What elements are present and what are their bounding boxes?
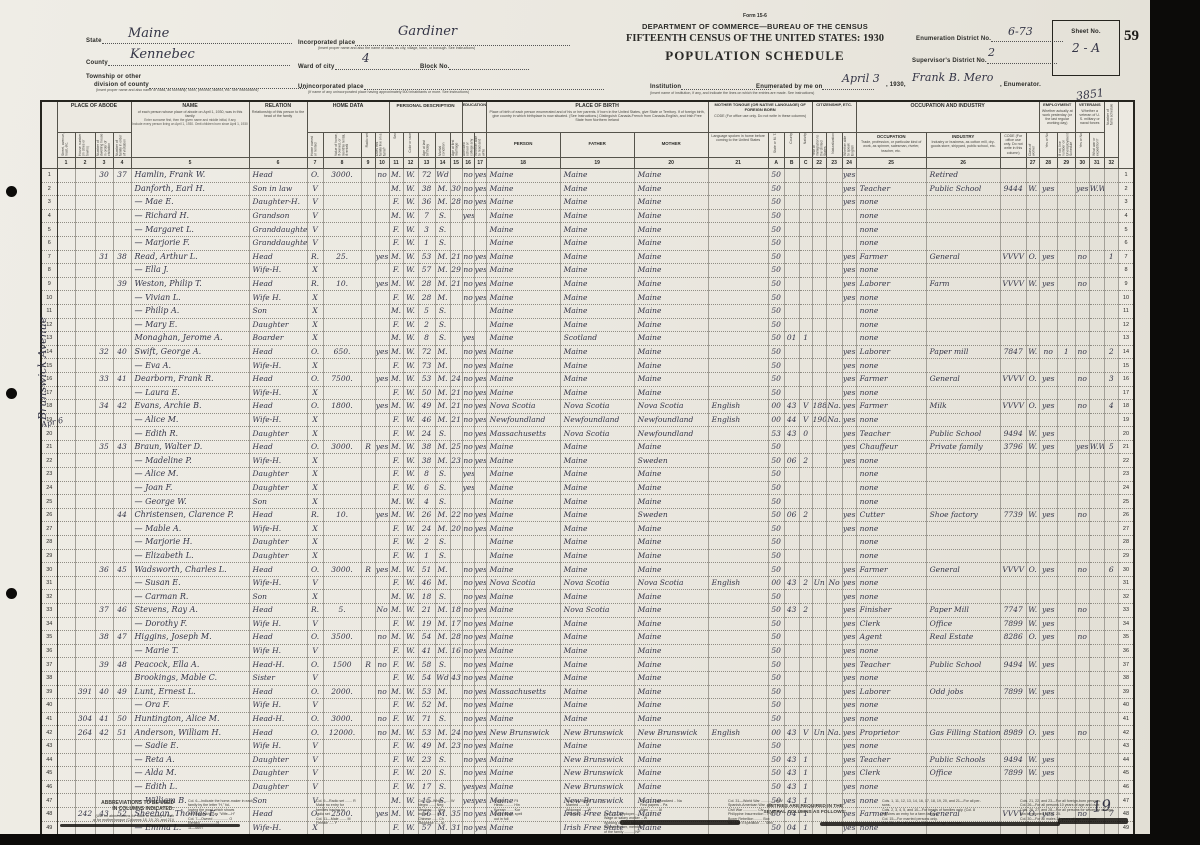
cell-bp: Maine bbox=[486, 617, 560, 631]
cell-age: 8 bbox=[418, 332, 435, 346]
cell-sex: M. bbox=[389, 209, 403, 223]
cell-bf: Maine bbox=[560, 182, 634, 196]
cell-ey: yes bbox=[1039, 400, 1057, 414]
cell-vy bbox=[1075, 386, 1089, 400]
cell-own: V bbox=[307, 671, 323, 685]
cell-vw bbox=[1089, 590, 1104, 604]
cell-name: Monaghan, Jerome A. bbox=[131, 332, 249, 346]
cell-rel: Son bbox=[249, 304, 307, 318]
cell-val bbox=[323, 536, 361, 550]
cell-rel: Head bbox=[249, 372, 307, 386]
cell-eng bbox=[842, 481, 856, 495]
cell-vy bbox=[1075, 318, 1089, 332]
cell-rw bbox=[474, 481, 486, 495]
cell-bm: Maine bbox=[634, 223, 708, 237]
cell-cB bbox=[784, 644, 799, 658]
cell-race: W. bbox=[403, 400, 418, 414]
cell-fm: no bbox=[375, 169, 389, 183]
cell-cA: 50 bbox=[768, 291, 784, 305]
colnum-own: 7 bbox=[307, 158, 323, 169]
cell-ln2: 31 bbox=[1118, 576, 1134, 590]
cell-cls bbox=[1026, 386, 1039, 400]
cell-mar: S. bbox=[435, 427, 450, 441]
cell-code bbox=[1000, 332, 1026, 346]
cell-fm: no bbox=[375, 685, 389, 699]
cell-rad bbox=[361, 468, 375, 482]
cell-fm: yes bbox=[375, 440, 389, 454]
cell-val: 3000. bbox=[323, 712, 361, 726]
cell-hn bbox=[75, 277, 95, 291]
cell-val bbox=[323, 780, 361, 794]
cell-cls bbox=[1026, 590, 1039, 604]
cell-bf: Maine bbox=[560, 685, 634, 699]
cell-rw: yes bbox=[474, 631, 486, 645]
cell-rad bbox=[361, 196, 375, 210]
cell-val bbox=[323, 495, 361, 509]
cell-eng: yes bbox=[842, 454, 856, 468]
cell-sex: F. bbox=[389, 454, 403, 468]
cell-am: 23 bbox=[450, 739, 462, 753]
cell-cls: W. bbox=[1026, 685, 1039, 699]
cell-el bbox=[1057, 169, 1075, 183]
cell-st bbox=[57, 454, 75, 468]
cell-race: W. bbox=[403, 332, 418, 346]
cell-own: O. bbox=[307, 400, 323, 414]
cell-dw bbox=[95, 427, 113, 441]
cell-ind bbox=[926, 291, 1000, 305]
cell-code: VVVV bbox=[1000, 400, 1026, 414]
cell-ey bbox=[1039, 291, 1057, 305]
cell-bp: New Brunswick bbox=[486, 726, 560, 740]
cell-st bbox=[57, 277, 75, 291]
cell-fs bbox=[1104, 264, 1118, 278]
cell-st bbox=[57, 440, 75, 454]
cell-bp: Maine bbox=[486, 386, 560, 400]
cell-cC bbox=[799, 250, 812, 264]
cell-name: Christensen, Clarence P. bbox=[131, 508, 249, 522]
enumerator-name: Frank B. Mero bbox=[912, 71, 993, 84]
table-row: 73138Read, Arthur L.HeadR.25.yesM.W.53M.… bbox=[41, 250, 1134, 264]
cell-rel: Wife-H. bbox=[249, 386, 307, 400]
cell-hn bbox=[75, 427, 95, 441]
cell-rel: Head bbox=[249, 726, 307, 740]
cell-rel: Daughter-H. bbox=[249, 196, 307, 210]
cell-age: 54 bbox=[418, 631, 435, 645]
cell-vw bbox=[1089, 658, 1104, 672]
col-code-nativity: Nativity bbox=[799, 133, 812, 158]
cell-el bbox=[1057, 522, 1075, 536]
cell-rw: yes bbox=[474, 726, 486, 740]
cell-el bbox=[1057, 753, 1075, 767]
cell-imm bbox=[812, 345, 826, 359]
cell-age: 28 bbox=[418, 277, 435, 291]
cell-nat bbox=[826, 372, 842, 386]
cell-mar: M. bbox=[435, 508, 450, 522]
cell-code bbox=[1000, 549, 1026, 563]
cell-fm bbox=[375, 671, 389, 685]
cell-ey: no bbox=[1039, 345, 1057, 359]
cell-fm bbox=[375, 196, 389, 210]
col-occupation: OCCUPATIONTrade, profession, or particul… bbox=[856, 133, 926, 158]
cell-ey: yes bbox=[1039, 631, 1057, 645]
cell-vw bbox=[1089, 481, 1104, 495]
cell-dw bbox=[95, 386, 113, 400]
cell-dw bbox=[95, 549, 113, 563]
cell-nat bbox=[826, 209, 842, 223]
cell-ind bbox=[926, 481, 1000, 495]
cell-lang bbox=[708, 644, 768, 658]
cell-fm bbox=[375, 495, 389, 509]
cell-dw bbox=[95, 291, 113, 305]
cell-sch bbox=[462, 495, 474, 509]
cell-ey bbox=[1039, 196, 1057, 210]
cell-name: — Reta A. bbox=[131, 753, 249, 767]
cell-lang bbox=[708, 372, 768, 386]
cell-bp: Maine bbox=[486, 223, 560, 237]
cell-eng bbox=[842, 468, 856, 482]
cell-bp: Maine bbox=[486, 658, 560, 672]
cell-age: 53 bbox=[418, 726, 435, 740]
cell-vw bbox=[1089, 209, 1104, 223]
col-industry: INDUSTRYIndustry or business, as cotton … bbox=[926, 133, 1000, 158]
cell-name: — Mable A. bbox=[131, 522, 249, 536]
cell-rw: yes bbox=[474, 767, 486, 781]
cell-am: 17 bbox=[450, 617, 462, 631]
colnum-vw: 31 bbox=[1089, 158, 1104, 169]
cell-own: X bbox=[307, 359, 323, 373]
cell-cA: 50 bbox=[768, 236, 784, 250]
cell-own: X bbox=[307, 536, 323, 550]
cell-mar: M. bbox=[435, 182, 450, 196]
cell-am bbox=[450, 332, 462, 346]
cell-nat bbox=[826, 468, 842, 482]
colnum-ey: 28 bbox=[1039, 158, 1057, 169]
scanner-background-right bbox=[1150, 0, 1200, 845]
cell-ln2: 38 bbox=[1118, 671, 1134, 685]
cell-age: 71 bbox=[418, 712, 435, 726]
cell-rad bbox=[361, 264, 375, 278]
cell-eng: yes bbox=[842, 386, 856, 400]
col-sex: Sex bbox=[389, 133, 403, 158]
table-row: 333746Stevens, Ray A.HeadR.5.NoM.W.21M.1… bbox=[41, 604, 1134, 618]
cell-rw: yes bbox=[474, 617, 486, 631]
cell-race: W. bbox=[403, 264, 418, 278]
cell-rad bbox=[361, 699, 375, 713]
cell-nat bbox=[826, 169, 842, 183]
footer-col12b-key: Filipino ....... Fil Hindu ......... Hin… bbox=[494, 799, 560, 821]
cell-name: — Mary E. bbox=[131, 318, 249, 332]
cell-nat bbox=[826, 440, 842, 454]
cell-fs bbox=[1104, 169, 1118, 183]
cell-rel: Grandson bbox=[249, 209, 307, 223]
cell-sch bbox=[462, 304, 474, 318]
cell-nat bbox=[826, 196, 842, 210]
cell-el bbox=[1057, 182, 1075, 196]
cell-st bbox=[57, 536, 75, 550]
cell-bf: Maine bbox=[560, 495, 634, 509]
cell-own: V bbox=[307, 209, 323, 223]
cell-rw: yes bbox=[474, 182, 486, 196]
cell-bm: Maine bbox=[634, 332, 708, 346]
cell-vw bbox=[1089, 400, 1104, 414]
cell-mar: S. bbox=[435, 495, 450, 509]
cell-bp: Maine bbox=[486, 318, 560, 332]
cell-rad bbox=[361, 332, 375, 346]
cell-am bbox=[450, 536, 462, 550]
hole-punch bbox=[6, 588, 17, 599]
cell-age: 38 bbox=[418, 182, 435, 196]
cell-sch: yes bbox=[462, 332, 474, 346]
cell-imm bbox=[812, 264, 826, 278]
cell-bm: Maine bbox=[634, 739, 708, 753]
cell-name: — Marjorie F. bbox=[131, 236, 249, 250]
cell-el: 1 bbox=[1057, 345, 1075, 359]
cell-vw bbox=[1089, 576, 1104, 590]
cell-rel: Wife-H. bbox=[249, 576, 307, 590]
cell-st bbox=[57, 767, 75, 781]
cell-fam bbox=[113, 332, 131, 346]
cell-ind bbox=[926, 576, 1000, 590]
col-street: Street, avenue, road, etc. bbox=[57, 133, 75, 158]
cell-code bbox=[1000, 236, 1026, 250]
cell-cA: 50 bbox=[768, 753, 784, 767]
cell-cB: 43 bbox=[784, 604, 799, 618]
cell-bm: Maine bbox=[634, 468, 708, 482]
cell-hn bbox=[75, 196, 95, 210]
cell-dw bbox=[95, 767, 113, 781]
cell-val bbox=[323, 739, 361, 753]
cell-st bbox=[57, 753, 75, 767]
cell-lang bbox=[708, 304, 768, 318]
cell-sch: no bbox=[462, 196, 474, 210]
cell-st bbox=[57, 726, 75, 740]
cell-own: R. bbox=[307, 277, 323, 291]
cell-imm bbox=[812, 712, 826, 726]
cell-sex: F. bbox=[389, 644, 403, 658]
cell-code bbox=[1000, 576, 1026, 590]
cell-hn bbox=[75, 468, 95, 482]
cell-lang bbox=[708, 182, 768, 196]
footer-col6-key: Col. 6—Indicate the home-maker in each f… bbox=[188, 799, 306, 826]
cell-rw: yes bbox=[474, 277, 486, 291]
cell-vy bbox=[1075, 644, 1089, 658]
cell-ey: yes bbox=[1039, 658, 1057, 672]
cell-fam: 50 bbox=[113, 712, 131, 726]
cell-am bbox=[450, 780, 462, 794]
institution-label: Institution bbox=[650, 82, 771, 90]
cell-ey bbox=[1039, 223, 1057, 237]
cell-cB bbox=[784, 277, 799, 291]
cell-ey: yes bbox=[1039, 563, 1057, 577]
cell-vw bbox=[1089, 685, 1104, 699]
cell-vy bbox=[1075, 658, 1089, 672]
cell-own: V bbox=[307, 196, 323, 210]
cell-cC bbox=[799, 536, 812, 550]
cell-cB bbox=[784, 617, 799, 631]
cell-cB bbox=[784, 318, 799, 332]
cell-age: 53 bbox=[418, 685, 435, 699]
cell-bp: Maine bbox=[486, 712, 560, 726]
cell-occ: none bbox=[856, 413, 926, 427]
cell-el bbox=[1057, 767, 1075, 781]
group-occupation-industry: OCCUPATION AND INDUSTRY bbox=[856, 101, 1039, 133]
cell-hn bbox=[75, 318, 95, 332]
cell-imm bbox=[812, 440, 826, 454]
table-row: 31— Susan E.Wife-H.VF.W.46M.noyesNova Sc… bbox=[41, 576, 1134, 590]
cell-nat bbox=[826, 291, 842, 305]
cell-ln2: 40 bbox=[1118, 699, 1134, 713]
cell-ey bbox=[1039, 780, 1057, 794]
cell-ln: 33 bbox=[41, 604, 57, 618]
cell-occ: none bbox=[856, 223, 926, 237]
cell-cB bbox=[784, 549, 799, 563]
cell-nat bbox=[826, 304, 842, 318]
cell-fm bbox=[375, 264, 389, 278]
cell-cC: 1 bbox=[799, 780, 812, 794]
cell-bm: Maine bbox=[634, 753, 708, 767]
cell-ln: 24 bbox=[41, 481, 57, 495]
col-dwelling-number: Number of dwelling house in order of vis… bbox=[95, 133, 113, 158]
cell-fam bbox=[113, 454, 131, 468]
cell-dw bbox=[95, 413, 113, 427]
cell-lang bbox=[708, 658, 768, 672]
cell-eng: yes bbox=[842, 196, 856, 210]
cell-sex: M. bbox=[389, 726, 403, 740]
table-row: 422644251Anderson, William H.HeadO.12000… bbox=[41, 726, 1134, 740]
cell-imm bbox=[812, 780, 826, 794]
cell-fm: yes bbox=[375, 277, 389, 291]
cell-rad bbox=[361, 495, 375, 509]
cell-dw bbox=[95, 182, 113, 196]
cell-vy bbox=[1075, 739, 1089, 753]
table-row: 43— Sadie E.Wife H.VF.W.49M.23noyesMaine… bbox=[41, 739, 1134, 753]
cell-own: X bbox=[307, 264, 323, 278]
cell-bp: Maine bbox=[486, 277, 560, 291]
cell-fam: 49 bbox=[113, 685, 131, 699]
cell-vw bbox=[1089, 169, 1104, 183]
table-row: 163341Dearborn, Frank R.HeadO.7500.yesM.… bbox=[41, 372, 1134, 386]
cell-bf: Maine bbox=[560, 481, 634, 495]
cell-race: W. bbox=[403, 563, 418, 577]
cell-cls bbox=[1026, 699, 1039, 713]
cell-bm: Maine bbox=[634, 196, 708, 210]
cell-age: 54 bbox=[418, 671, 435, 685]
cell-race: W. bbox=[403, 318, 418, 332]
cell-imm bbox=[812, 318, 826, 332]
cell-bm: Maine bbox=[634, 264, 708, 278]
cell-sex: M. bbox=[389, 508, 403, 522]
col-house-number: House number (in cities or towns) bbox=[75, 133, 95, 158]
cell-am bbox=[450, 563, 462, 577]
cell-bp: Maine bbox=[486, 739, 560, 753]
cell-bf: Maine bbox=[560, 250, 634, 264]
population-schedule-table: PLACE OF ABODE NAME of each person whose… bbox=[40, 100, 1135, 845]
cell-ln: 26 bbox=[41, 508, 57, 522]
cell-name: — Ella J. bbox=[131, 264, 249, 278]
cell-ln2: 37 bbox=[1118, 658, 1134, 672]
cell-ln2: 25 bbox=[1118, 495, 1134, 509]
cell-cB bbox=[784, 345, 799, 359]
cell-vw bbox=[1089, 712, 1104, 726]
cell-name: — Edith R. bbox=[131, 427, 249, 441]
cell-cls bbox=[1026, 332, 1039, 346]
cell-own: O. bbox=[307, 345, 323, 359]
cell-fs bbox=[1104, 590, 1118, 604]
cell-ln2: 13 bbox=[1118, 332, 1134, 346]
cell-ey bbox=[1039, 264, 1057, 278]
cell-cA: 50 bbox=[768, 590, 784, 604]
cell-age: 50 bbox=[418, 386, 435, 400]
cell-eng bbox=[842, 536, 856, 550]
cell-own: X bbox=[307, 549, 323, 563]
cell-age: 20 bbox=[418, 767, 435, 781]
cell-ey bbox=[1039, 481, 1057, 495]
cell-el bbox=[1057, 576, 1075, 590]
cell-rad bbox=[361, 767, 375, 781]
cell-race: W. bbox=[403, 440, 418, 454]
form-number: Form 15-6 bbox=[700, 13, 810, 19]
cell-am bbox=[450, 468, 462, 482]
cell-code bbox=[1000, 644, 1026, 658]
cell-imm bbox=[812, 753, 826, 767]
cell-race: W. bbox=[403, 182, 418, 196]
scanned-census-page: State Maine County Kennebec Township or … bbox=[0, 0, 1200, 845]
cell-cA: 50 bbox=[768, 481, 784, 495]
cell-rw: yes bbox=[474, 454, 486, 468]
cell-code bbox=[1000, 264, 1026, 278]
cell-race: W. bbox=[403, 604, 418, 618]
cell-cC bbox=[799, 644, 812, 658]
cell-ln2: 41 bbox=[1118, 712, 1134, 726]
cell-cls bbox=[1026, 644, 1039, 658]
cell-sex: M. bbox=[389, 631, 403, 645]
cell-am bbox=[450, 495, 462, 509]
cell-fm: yes bbox=[375, 400, 389, 414]
cell-sex: M. bbox=[389, 685, 403, 699]
cell-imm bbox=[812, 631, 826, 645]
cell-fm: yes bbox=[375, 508, 389, 522]
cell-st bbox=[57, 169, 75, 183]
cell-hn bbox=[75, 291, 95, 305]
cell-fs: 6 bbox=[1104, 563, 1118, 577]
table-row: 23— Alice M.DaughterXF.W.8S.yesMaineMain… bbox=[41, 468, 1134, 482]
cell-bp: Maine bbox=[486, 372, 560, 386]
cell-code: 7739 bbox=[1000, 508, 1026, 522]
cell-dw: 31 bbox=[95, 250, 113, 264]
cell-rw: yes bbox=[474, 712, 486, 726]
cell-cC: 1 bbox=[799, 767, 812, 781]
table-row: 353847Higgins, Joseph M.HeadO.3500.noM.W… bbox=[41, 631, 1134, 645]
cell-fam bbox=[113, 549, 131, 563]
cell-ind: Real Estate bbox=[926, 631, 1000, 645]
cell-ind bbox=[926, 386, 1000, 400]
cell-eng: yes bbox=[842, 264, 856, 278]
cell-vw bbox=[1089, 671, 1104, 685]
cell-eng bbox=[842, 209, 856, 223]
cell-am: 21 bbox=[450, 386, 462, 400]
cell-occ: Proprietor bbox=[856, 726, 926, 740]
cell-imm bbox=[812, 767, 826, 781]
cell-st bbox=[57, 304, 75, 318]
cell-race: W. bbox=[403, 522, 418, 536]
cell-cls bbox=[1026, 481, 1039, 495]
cell-ln: 35 bbox=[41, 631, 57, 645]
cell-vy bbox=[1075, 685, 1089, 699]
cell-own: V bbox=[307, 780, 323, 794]
cell-el bbox=[1057, 590, 1075, 604]
col-age: Age at last birthday bbox=[418, 133, 435, 158]
cell-sex: F. bbox=[389, 196, 403, 210]
